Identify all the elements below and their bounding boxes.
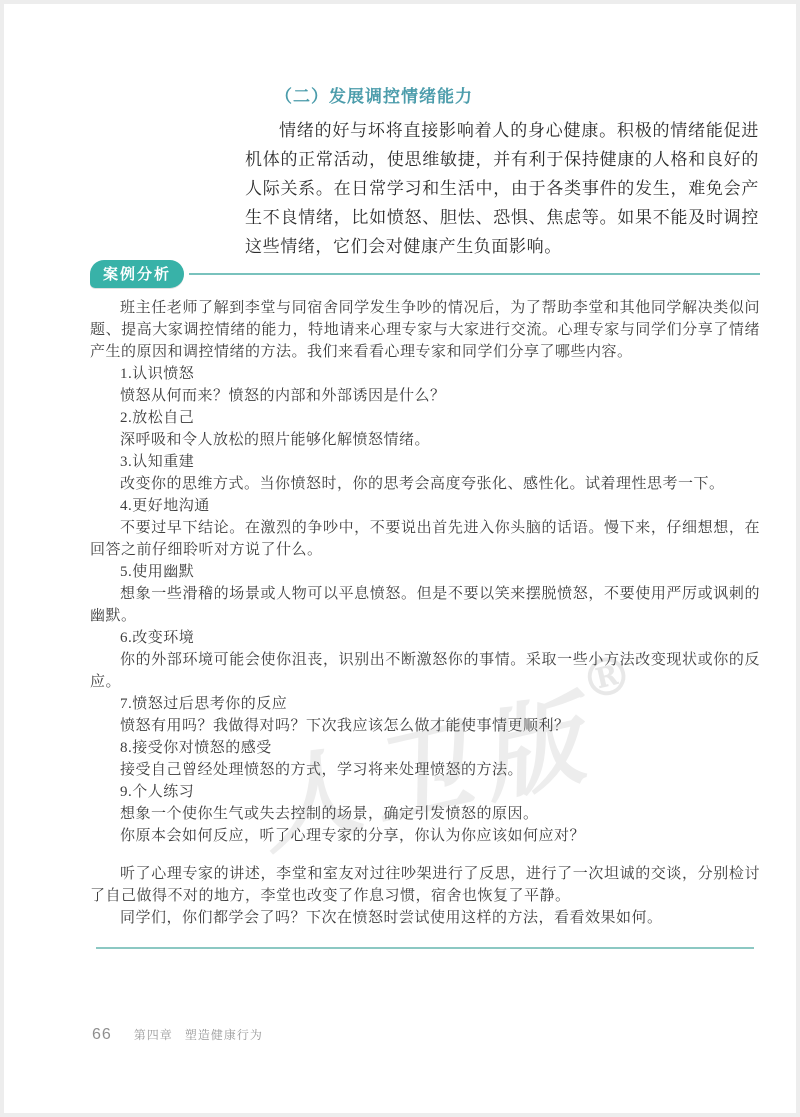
- case-item-title: 6.改变环境: [90, 627, 760, 649]
- case-analysis-badge: 案例分析: [90, 260, 184, 288]
- case-analysis-section: 案例分析 班主任老师了解到李堂与同宿舍同学发生争吵的情况后，为了帮助李堂和其他同…: [90, 261, 760, 957]
- chapter-title: 塑造健康行为: [185, 1026, 263, 1043]
- case-item-title: 1.认识愤怒: [90, 363, 760, 385]
- header-divider-line: [189, 273, 760, 275]
- page-footer: 66 第四章 塑造健康行为: [92, 1026, 263, 1044]
- section-intro-paragraph: 情绪的好与坏将直接影响着人的身心健康。积极的情绪能促进机体的正常活动，使思维敏捷…: [245, 116, 759, 261]
- section-block: （二）发展调控情绪能力 情绪的好与坏将直接影响着人的身心健康。积极的情绪能促进机…: [245, 82, 759, 261]
- case-item-title: 8.接受你对愤怒的感受: [90, 737, 760, 759]
- case-item-text: 愤怒有用吗？我做得对吗？下次我应该怎么做才能使事情更顺利？: [90, 715, 760, 737]
- page-number: 66: [92, 1026, 112, 1044]
- case-item-text: 想象一些滑稽的场景或人物可以平息愤怒。但是不要以笑来摆脱愤怒，不要使用严厉或讽刺…: [90, 583, 760, 627]
- case-item-text: 想象一个使你生气或失去控制的场景，确定引发愤怒的原因。: [90, 803, 760, 825]
- case-closing-paragraph: 同学们，你们都学会了吗？下次在愤怒时尝试使用这样的方法，看看效果如何。: [90, 907, 760, 929]
- chapter-label: 第四章: [134, 1026, 173, 1043]
- case-analysis-header: 案例分析: [90, 261, 760, 287]
- case-item-title: 2.放松自己: [90, 407, 760, 429]
- case-item-text: 你原本会如何反应，听了心理专家的分享，你认为你应该如何应对？: [90, 825, 760, 847]
- case-closing-paragraph: 听了心理专家的讲述，李堂和室友对过往吵架进行了反思，进行了一次坦诚的交谈，分别检…: [90, 863, 760, 907]
- case-closing-block: 听了心理专家的讲述，李堂和室友对过往吵架进行了反思，进行了一次坦诚的交谈，分别检…: [90, 863, 760, 929]
- case-item-title: 5.使用幽默: [90, 561, 760, 583]
- case-item-text: 接受自己曾经处理愤怒的方式，学习将来处理愤怒的方法。: [90, 759, 760, 781]
- case-item-text: 愤怒从何而来？愤怒的内部和外部诱因是什么？: [90, 385, 760, 407]
- case-item-text: 不要过早下结论。在激烈的争吵中，不要说出首先进入你头脑的话语。慢下来，仔细想想，…: [90, 517, 760, 561]
- case-item-title: 3.认知重建: [90, 451, 760, 473]
- case-item-title: 4.更好地沟通: [90, 495, 760, 517]
- case-analysis-body: 班主任老师了解到李堂与同宿舍同学发生争吵的情况后，为了帮助李堂和其他同学解决类似…: [90, 297, 760, 929]
- case-item-title: 7.愤怒过后思考你的反应: [90, 693, 760, 715]
- textbook-page: （二）发展调控情绪能力 情绪的好与坏将直接影响着人的身心健康。积极的情绪能促进机…: [0, 0, 800, 1117]
- case-item-text: 改变你的思维方式。当你愤怒时，你的思考会高度夸张化、感性化。试着理性思考一下。: [90, 473, 760, 495]
- case-item-text: 深呼吸和令人放松的照片能够化解愤怒情绪。: [90, 429, 760, 451]
- section-bottom-divider-line: [96, 947, 754, 949]
- section-heading: （二）发展调控情绪能力: [245, 82, 759, 107]
- case-item-title: 9.个人练习: [90, 781, 760, 803]
- case-intro-paragraph: 班主任老师了解到李堂与同宿舍同学发生争吵的情况后，为了帮助李堂和其他同学解决类似…: [90, 297, 760, 363]
- case-item-text: 你的外部环境可能会使你沮丧，识别出不断激怒你的事情。采取一些小方法改变现状或你的…: [90, 649, 760, 693]
